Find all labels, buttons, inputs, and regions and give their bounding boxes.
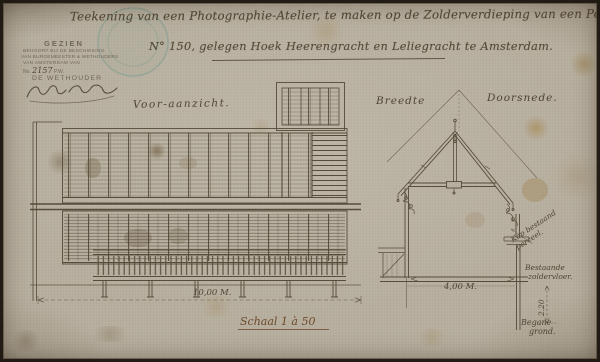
scale-label: Schaal 1 à 50: [238, 315, 329, 330]
stamp-number-value: 2157: [32, 66, 52, 75]
stamp-line-2: VAN BURGEMEESTER & WETHOUDERS: [21, 55, 118, 60]
section-height-dimension: 2.20: [537, 299, 546, 316]
drawing-title-line-2: N° 150, gelegen Hoek Heerengracht en Lel…: [149, 40, 553, 53]
paper-stain: [10, 330, 42, 352]
front-elevation-label: Voor-aanzicht.: [133, 97, 230, 111]
scanned-drawing-page: Teekening van een Photographie-Atelier, …: [0, 0, 600, 362]
section-breedte-label: Breedte: [376, 95, 425, 107]
stamp-number-prefix: No.: [23, 69, 31, 75]
stamp-gezien: GEZIEN: [44, 39, 84, 48]
paper-stain: [570, 50, 598, 78]
section-doorsnede-label: Doorsnede.: [487, 92, 558, 104]
paper-stain: [88, 326, 132, 342]
title-underline: [212, 58, 445, 61]
ground-floor-note-line-2: grond.: [529, 327, 556, 336]
attic-floor-note-line-2: zoldervloer.: [528, 272, 572, 281]
drawing-title-line-1: Teekening van een Photographie-Atelier, …: [70, 7, 600, 24]
front-width-dimension: 10,00 M.: [193, 288, 231, 298]
section-width-dimension: 4,00 M.: [444, 282, 477, 292]
stamp-official: DE WETHOUDER: [32, 75, 102, 82]
attic-floor-note-line-1: Bestaande: [525, 263, 565, 272]
front-elevation-drawing: [28, 78, 368, 318]
stamp-number-line: No. 2157 P.W.: [23, 66, 64, 75]
ground-floor-note-line-1: Begane: [521, 318, 551, 327]
stamp-line-1: BEHOORT BIJ DE BESCHIKKING: [23, 49, 105, 54]
